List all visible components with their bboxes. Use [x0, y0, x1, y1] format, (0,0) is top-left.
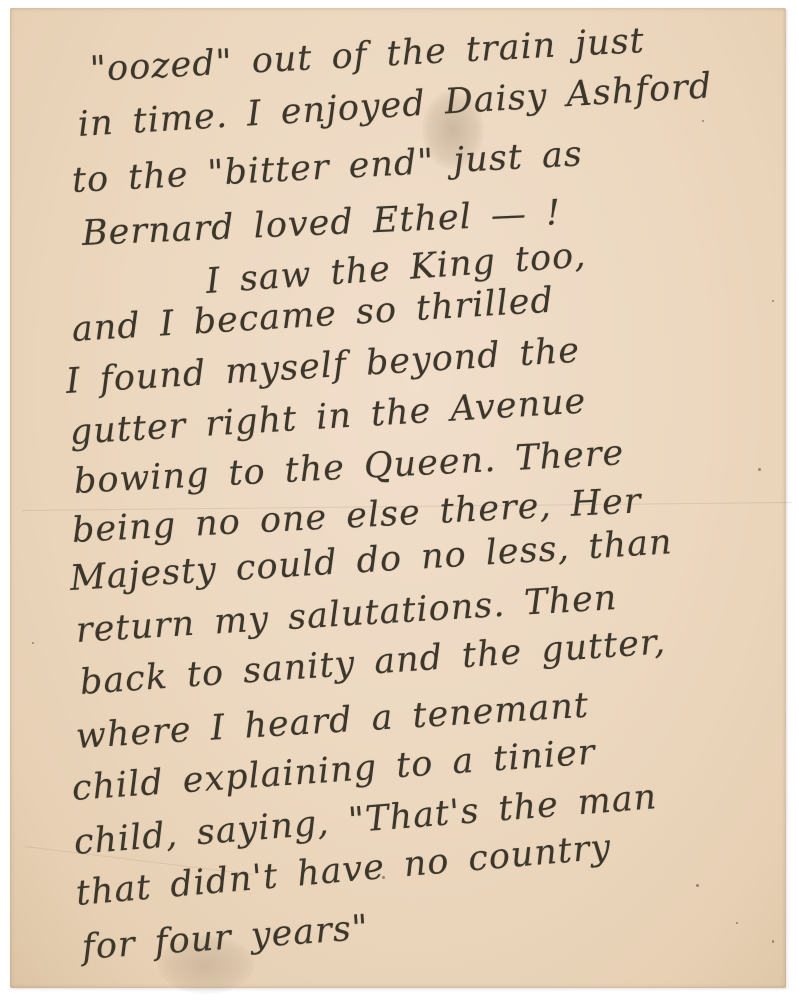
- letter-photo: "oozed" out of the train just in time. I…: [0, 0, 796, 1000]
- paper-speck: [32, 642, 34, 644]
- paper-speck: [736, 922, 738, 924]
- handwritten-line: for four years": [81, 908, 371, 968]
- letter-page: "oozed" out of the train just in time. I…: [10, 8, 786, 988]
- paper-speck: [772, 300, 774, 302]
- handwritten-line: to the "bitter end" just as: [71, 134, 584, 201]
- paper-speck: [772, 940, 774, 943]
- paper-speck: [696, 884, 699, 887]
- paper-speck: [758, 468, 761, 471]
- paper-speck: [702, 120, 704, 122]
